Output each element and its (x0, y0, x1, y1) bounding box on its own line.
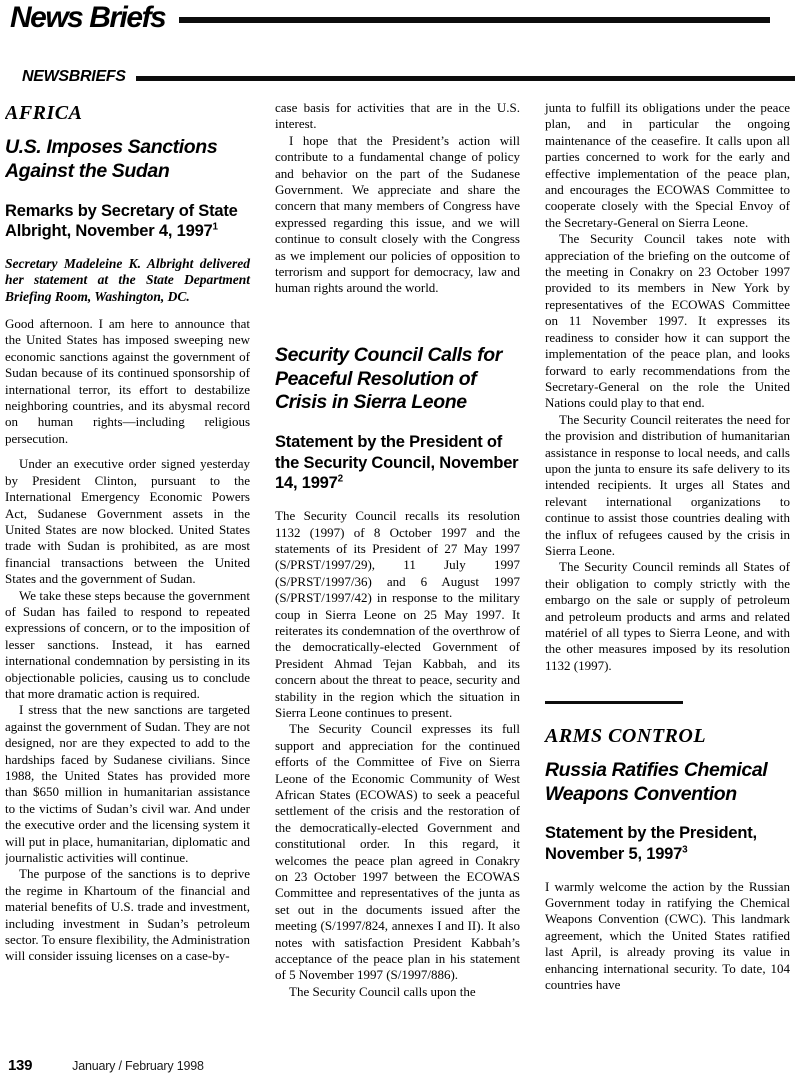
section-heading-arms-control: ARMS CONTROL (545, 725, 790, 747)
article-subhead-cwc: Statement by the President, November 5, … (545, 823, 790, 864)
newsbriefs-page: News Briefs NEWSBRIEFS AFRICA U.S. Impos… (0, 0, 800, 1077)
paragraph: I warmly welcome the action by the Russi… (545, 879, 790, 994)
kicker: NEWSBRIEFS (22, 68, 795, 86)
subhead-text: Remarks by Secretary of State Albright, … (5, 202, 238, 241)
footnote-marker-3: 3 (682, 844, 687, 855)
paragraph: junta to fulfill its obligations under t… (545, 100, 790, 231)
paragraph: The Security Council reminds all States … (545, 559, 790, 674)
article-columns: AFRICA U.S. Imposes Sanctions Against th… (5, 100, 790, 1033)
column-2: case basis for activities that are in th… (275, 100, 520, 1033)
article-headline-sierra-leone: Security Council Calls for Peaceful Reso… (275, 344, 520, 415)
paragraph: The Security Council takes note with app… (545, 231, 790, 411)
kicker-rule (136, 76, 795, 81)
paragraph: case basis for activities that are in th… (275, 100, 520, 133)
kicker-label: NEWSBRIEFS (22, 68, 126, 86)
page-number: 139 (8, 1057, 32, 1074)
masthead-rule (179, 17, 770, 23)
column-1: AFRICA U.S. Imposes Sanctions Against th… (5, 100, 250, 1033)
article-subhead-sierra-leone: Statement by the President of the Securi… (275, 432, 520, 494)
footnote-marker-2: 2 (338, 474, 343, 485)
paragraph: I hope that the President’s action will … (275, 133, 520, 297)
paragraph: The Security Council calls upon the (275, 984, 520, 1000)
column-3: junta to fulfill its obligations under t… (545, 100, 790, 1033)
article-headline-sudan-sanctions: U.S. Imposes Sanctions Against the Sudan (5, 136, 250, 184)
issue-date: January / February 1998 (72, 1059, 204, 1073)
subhead-text: Statement by the President, November 5, … (545, 824, 757, 863)
paragraph: Good afternoon. I am here to announce th… (5, 316, 250, 447)
paragraph: The Security Council recalls its resolut… (275, 508, 520, 721)
section-heading-africa: AFRICA (5, 102, 250, 124)
paragraph: We take these steps because the governme… (5, 588, 250, 703)
paragraph: I stress that the new sanctions are targ… (5, 702, 250, 866)
footnote-marker-1: 1 (213, 222, 218, 233)
section-divider (545, 701, 683, 704)
article-subhead-sudan-sanctions: Remarks by Secretary of State Albright, … (5, 201, 250, 242)
masthead: News Briefs (10, 0, 770, 36)
paragraph: The Security Council reiterates the need… (545, 412, 790, 560)
page-title: News Briefs (10, 0, 165, 36)
page-footer: 139 January / February 1998 (8, 1057, 204, 1074)
paragraph: Under an executive order signed yesterda… (5, 456, 250, 587)
article-headline-cwc: Russia Ratifies Chemical Weapons Convent… (545, 759, 790, 807)
paragraph: The purpose of the sanctions is to depri… (5, 866, 250, 964)
article-lead: Secretary Madeleine K. Albright delivere… (5, 256, 250, 305)
subhead-text: Statement by the President of the Securi… (275, 433, 518, 492)
paragraph: The Security Council expresses its full … (275, 721, 520, 984)
